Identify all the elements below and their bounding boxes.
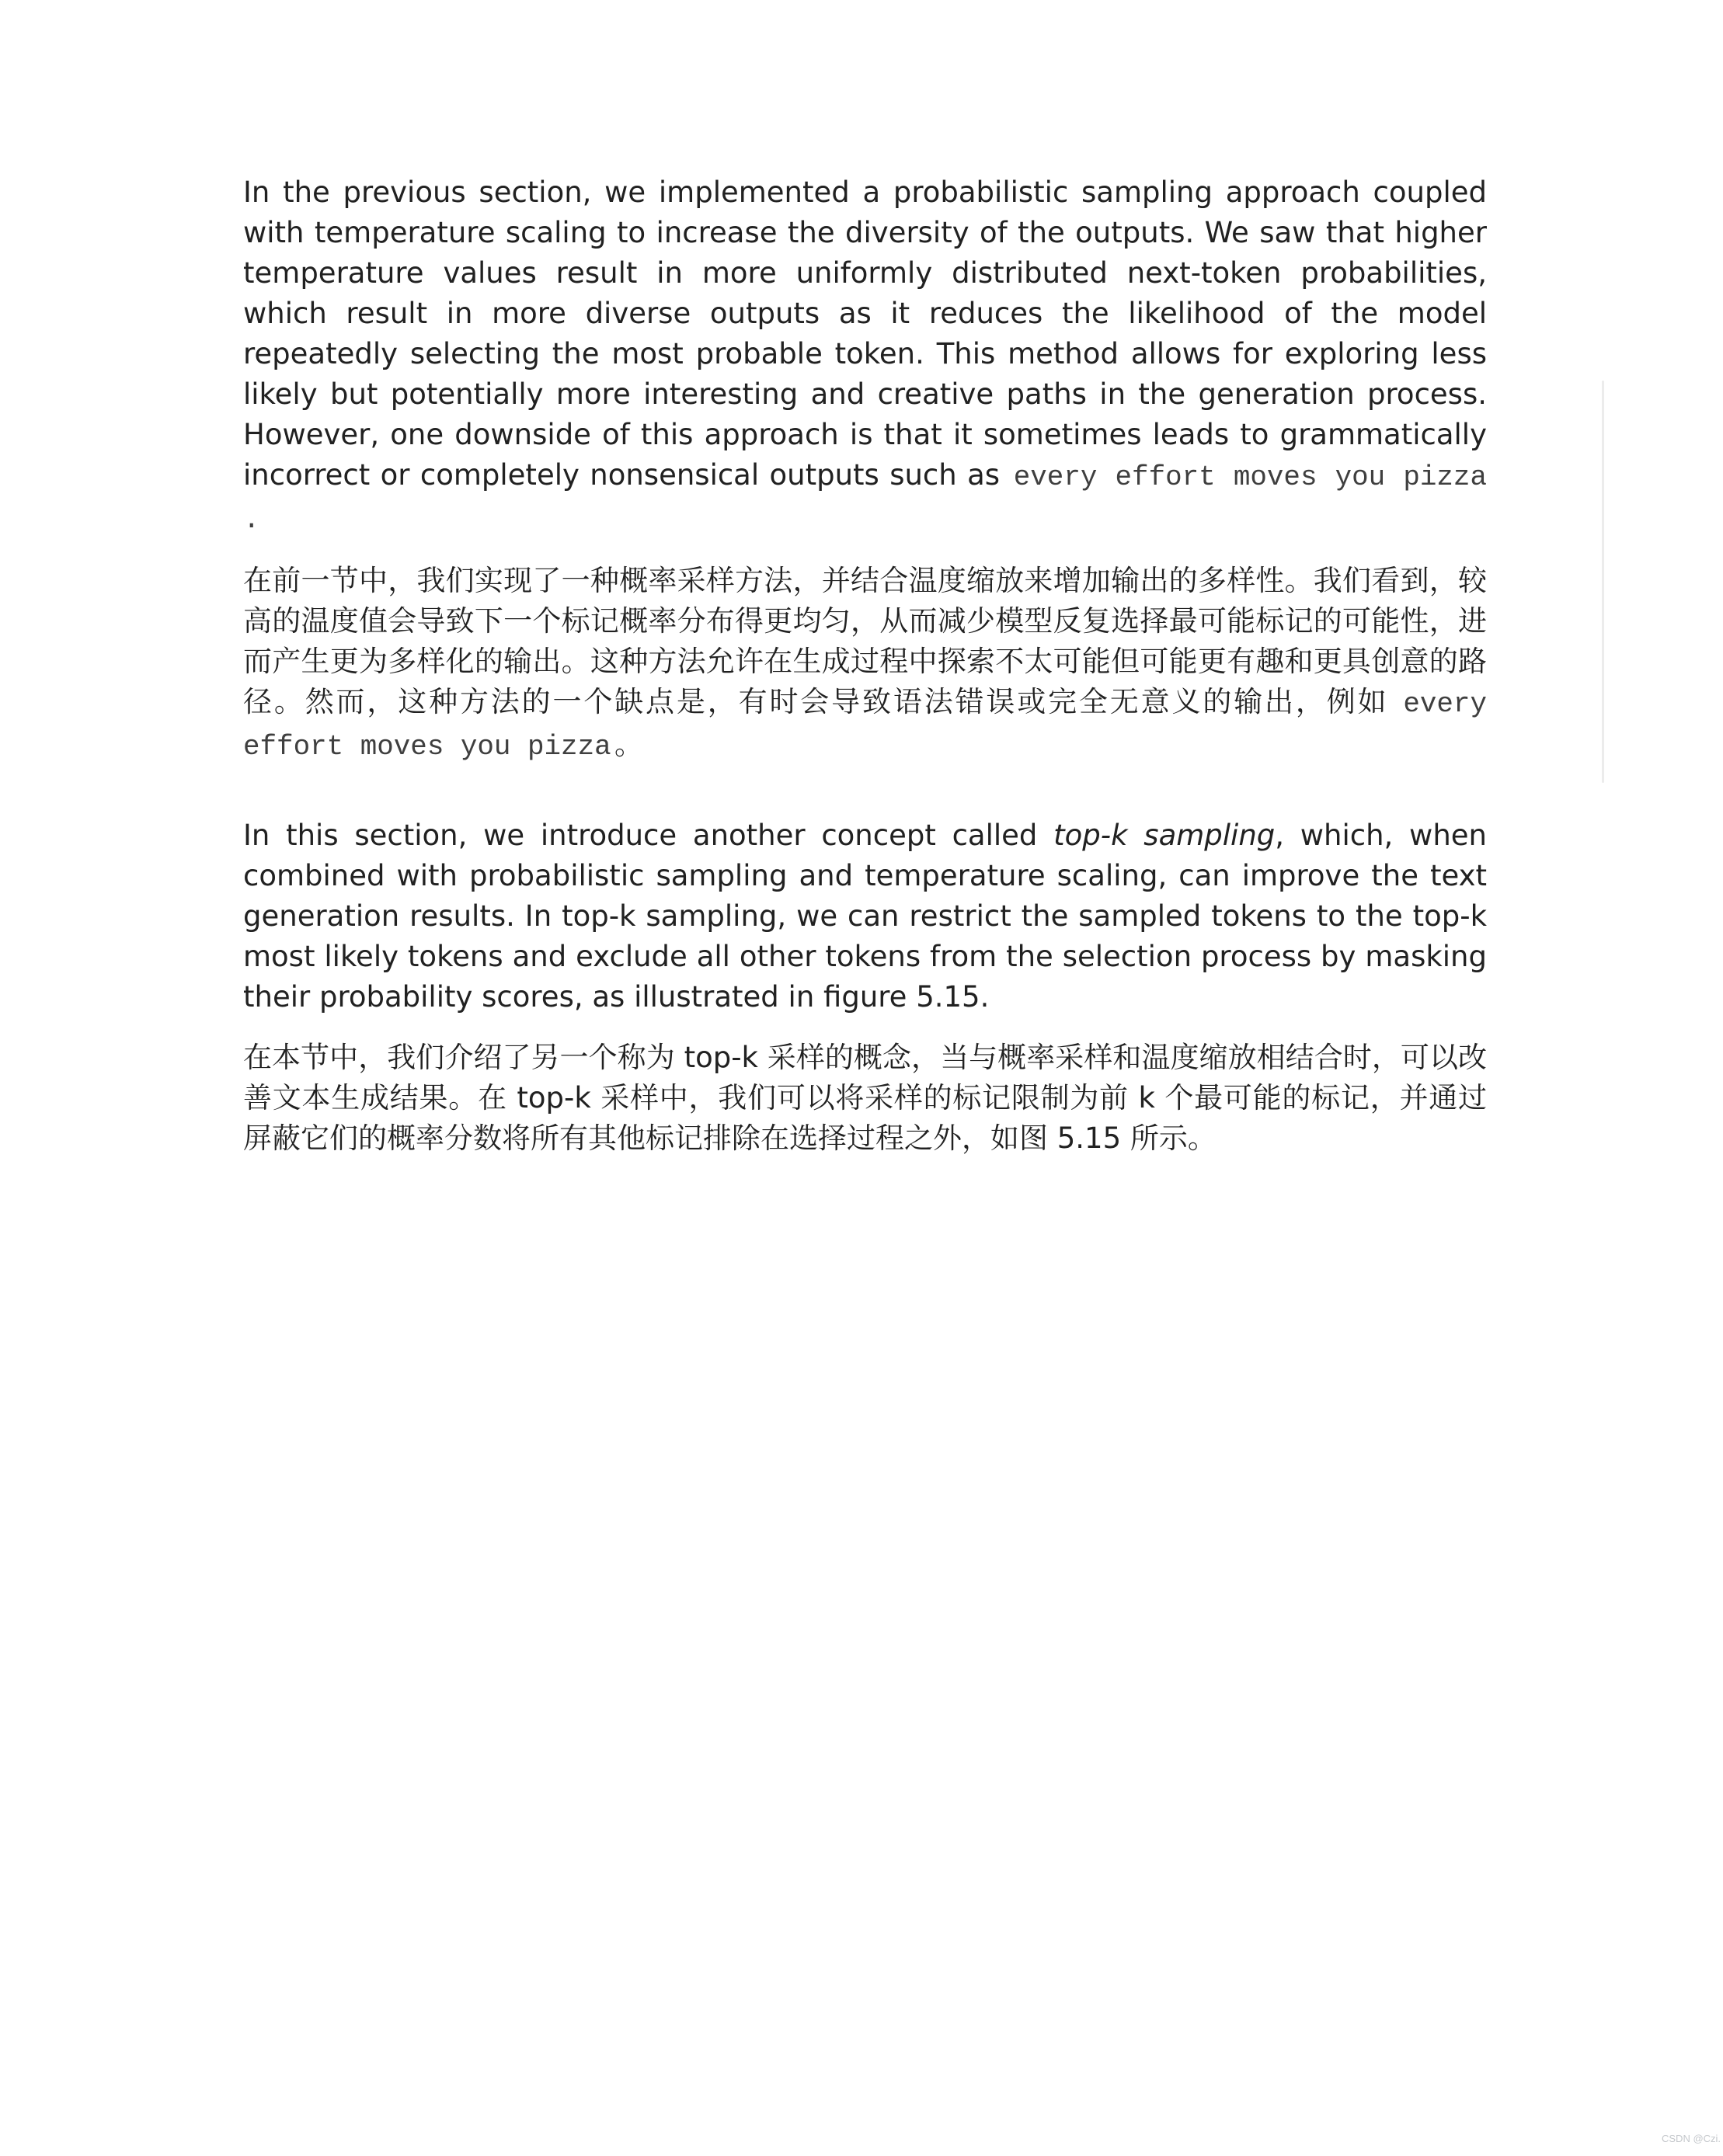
paragraph-text: 在前一节中，我们实现了一种概率采样方法，并结合温度缩放来增加输出的多样性。我们看… [243,564,1487,718]
paragraph-english-1: In the previous section, we implemented … [243,172,1487,541]
paragraph-english-2: In this section, we introduce another co… [243,815,1487,1017]
page: { "page": { "background": "#ffffff", "te… [0,0,1723,2156]
csdn-watermark: CSDN @Czi. [1662,2133,1721,2144]
paragraph-text: 在本节中，我们介绍了另一个称为 top-k 采样的概念，当与概率采样和温度缩放相… [243,1041,1487,1155]
document-body: In the previous section, we implemented … [243,172,1487,1159]
scrollbar-thumb[interactable] [1602,381,1604,783]
paragraph-chinese-2: 在本节中，我们介绍了另一个称为 top-k 采样的概念，当与概率采样和温度缩放相… [243,1038,1487,1159]
emphasized-term: top-k sampling [1053,819,1275,852]
paragraph-text: In the previous section, we implemented … [243,176,1487,492]
paragraph-text: In this section, we introduce another co… [243,819,1053,852]
paragraph-chinese-1: 在前一节中，我们实现了一种概率采样方法，并结合温度缩放来增加输出的多样性。我们看… [243,561,1487,767]
paragraph-text: 。 [614,728,643,761]
